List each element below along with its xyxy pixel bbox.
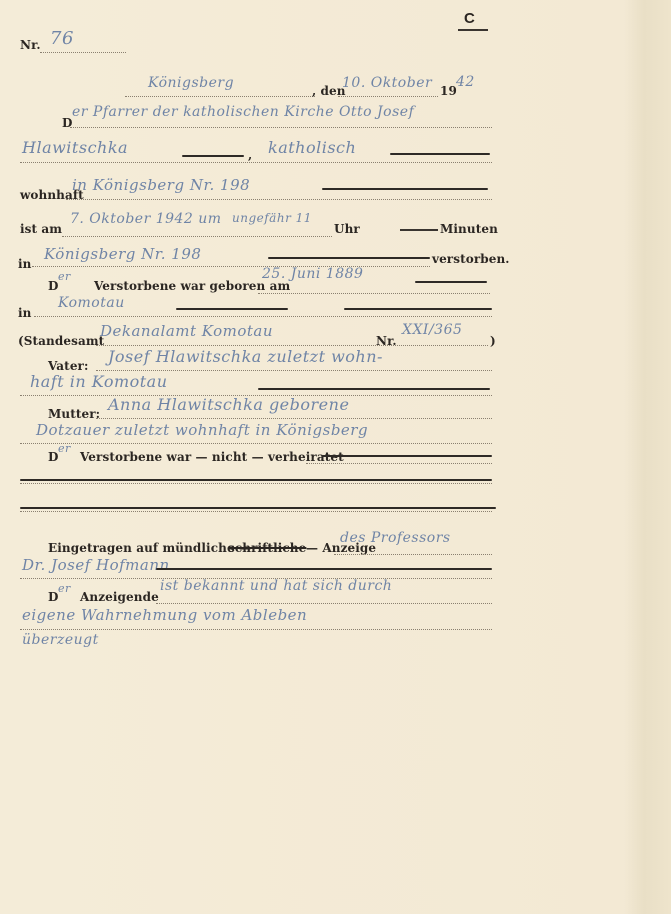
death-date-value: 7. Oktober 1942 um [70,211,222,227]
anzeige-value-line1: des Professors [340,530,451,546]
anzeigende-label: Anzeigende [80,590,159,604]
fill-bar [344,308,492,310]
place-written: Königsberg [148,75,234,91]
nr-dotted-line [40,52,126,53]
mutter-value-line1: Anna Hlawitschka geborene [108,395,349,414]
fill-bar [390,153,490,155]
verstorben-label: verstorben. [432,252,510,266]
anzeigende-value-line2: eigene Wahrnehmung vom Ableben [22,606,307,624]
in-label: in [18,257,31,271]
ist-am-dotted-line [62,236,332,237]
standesamt-value: Dekanalamt Komotau [100,322,273,340]
married-prefix-hand: er [58,442,71,455]
standesamt-dotted-line [96,345,488,346]
person-dotted-line2 [20,162,492,163]
year-suffix: 42 [456,74,475,90]
register-page: C Nr. 76 Königsberg , den 10. Oktober 19… [0,0,671,914]
anzeigende-dotted-line1 [156,603,492,604]
born-label: Verstorbene war geboren am [94,279,290,293]
in-dotted-line [32,266,430,267]
fill-bar [322,188,488,190]
date-dotted-line [338,96,438,97]
fill-bar [400,229,438,231]
eingetragen-struck: schriftliche [228,541,306,555]
fill-bar [182,155,244,157]
born-prefix-hand: er [58,270,71,283]
fill-bar [258,388,490,390]
vater-value-line1: Josef Hlawitschka zuletzt wohn- [108,347,383,366]
death-time-value: ungefähr 11 [232,211,312,225]
comma: , [248,148,252,162]
person-religion: katholisch [268,138,356,157]
anzeigende-value-line3: überzeugt [22,632,99,648]
birth-in-dotted-line [34,316,492,317]
mutter-label: Mutter: [48,407,100,421]
vater-label: Vater: [48,359,89,373]
place-dotted-line [125,96,315,97]
anzeigende-prefix-d: D [48,590,59,604]
fill-bar [268,257,430,259]
mutter-dotted-line2 [20,443,492,444]
blank-dotted-line [20,483,492,484]
fill-bar [20,507,496,509]
married-label: Verstorbene war — nicht — verheiratet [80,450,344,464]
married-prefix-d: D [48,450,59,464]
corner-letter: C [464,10,475,27]
death-place-value: Königsberg Nr. 198 [44,245,201,263]
year-prefix: 19 [440,84,457,98]
date-written: 10. Oktober [342,75,432,91]
anzeigende-dotted-line2 [20,629,492,630]
fill-bar [415,281,487,283]
person-line1: er Pfarrer der katholischen Kirche Otto … [72,104,414,120]
birth-in-label: in [18,306,31,320]
fill-bar [156,568,492,570]
anzeigende-prefix-hand: er [58,582,71,595]
wohnhaft-dotted-line [66,199,492,200]
married-dotted-line [306,463,492,464]
anzeige-value-line2: Dr. Josef Hofmann [22,556,170,574]
minuten-label: Minuten [440,222,498,236]
blank-dotted-line [20,511,492,512]
birth-place-value: Komotau [58,295,125,311]
person-surname: Hlawitschka [22,138,128,157]
anzeige-dotted-line1 [334,554,492,555]
standesamt-label: (Standesamt [18,334,104,348]
wohnhaft-value: in Königsberg Nr. 198 [72,176,250,194]
fill-bar [20,479,492,481]
person-dotted-line1 [70,127,492,128]
fill-bar [176,308,288,310]
eingetragen-label-1: Eingetragen auf mündliche — [48,541,251,555]
born-dotted-line [258,293,490,294]
born-prefix-d: D [48,279,59,293]
mutter-dotted-line1 [96,418,492,419]
anzeigende-value-line1: ist bekannt und hat sich durch [160,578,392,594]
nr-value: 76 [50,28,74,49]
birth-date-value: 25. Juni 1889 [262,266,363,282]
standesamt-nr-value: XXI/365 [402,322,462,338]
corner-letter-underline [458,29,488,31]
mutter-value-line2: Dotzauer zuletzt wohnhaft in Königsberg [36,421,368,439]
fill-bar [322,455,492,457]
vater-dotted-line1 [96,370,492,371]
uhr-label: Uhr [334,222,360,236]
ist-am-label: ist am [20,222,62,236]
vater-value-line2: haft in Komotau [30,372,168,391]
nr-label: Nr. [20,38,41,52]
standesamt-close: ) [490,334,496,348]
